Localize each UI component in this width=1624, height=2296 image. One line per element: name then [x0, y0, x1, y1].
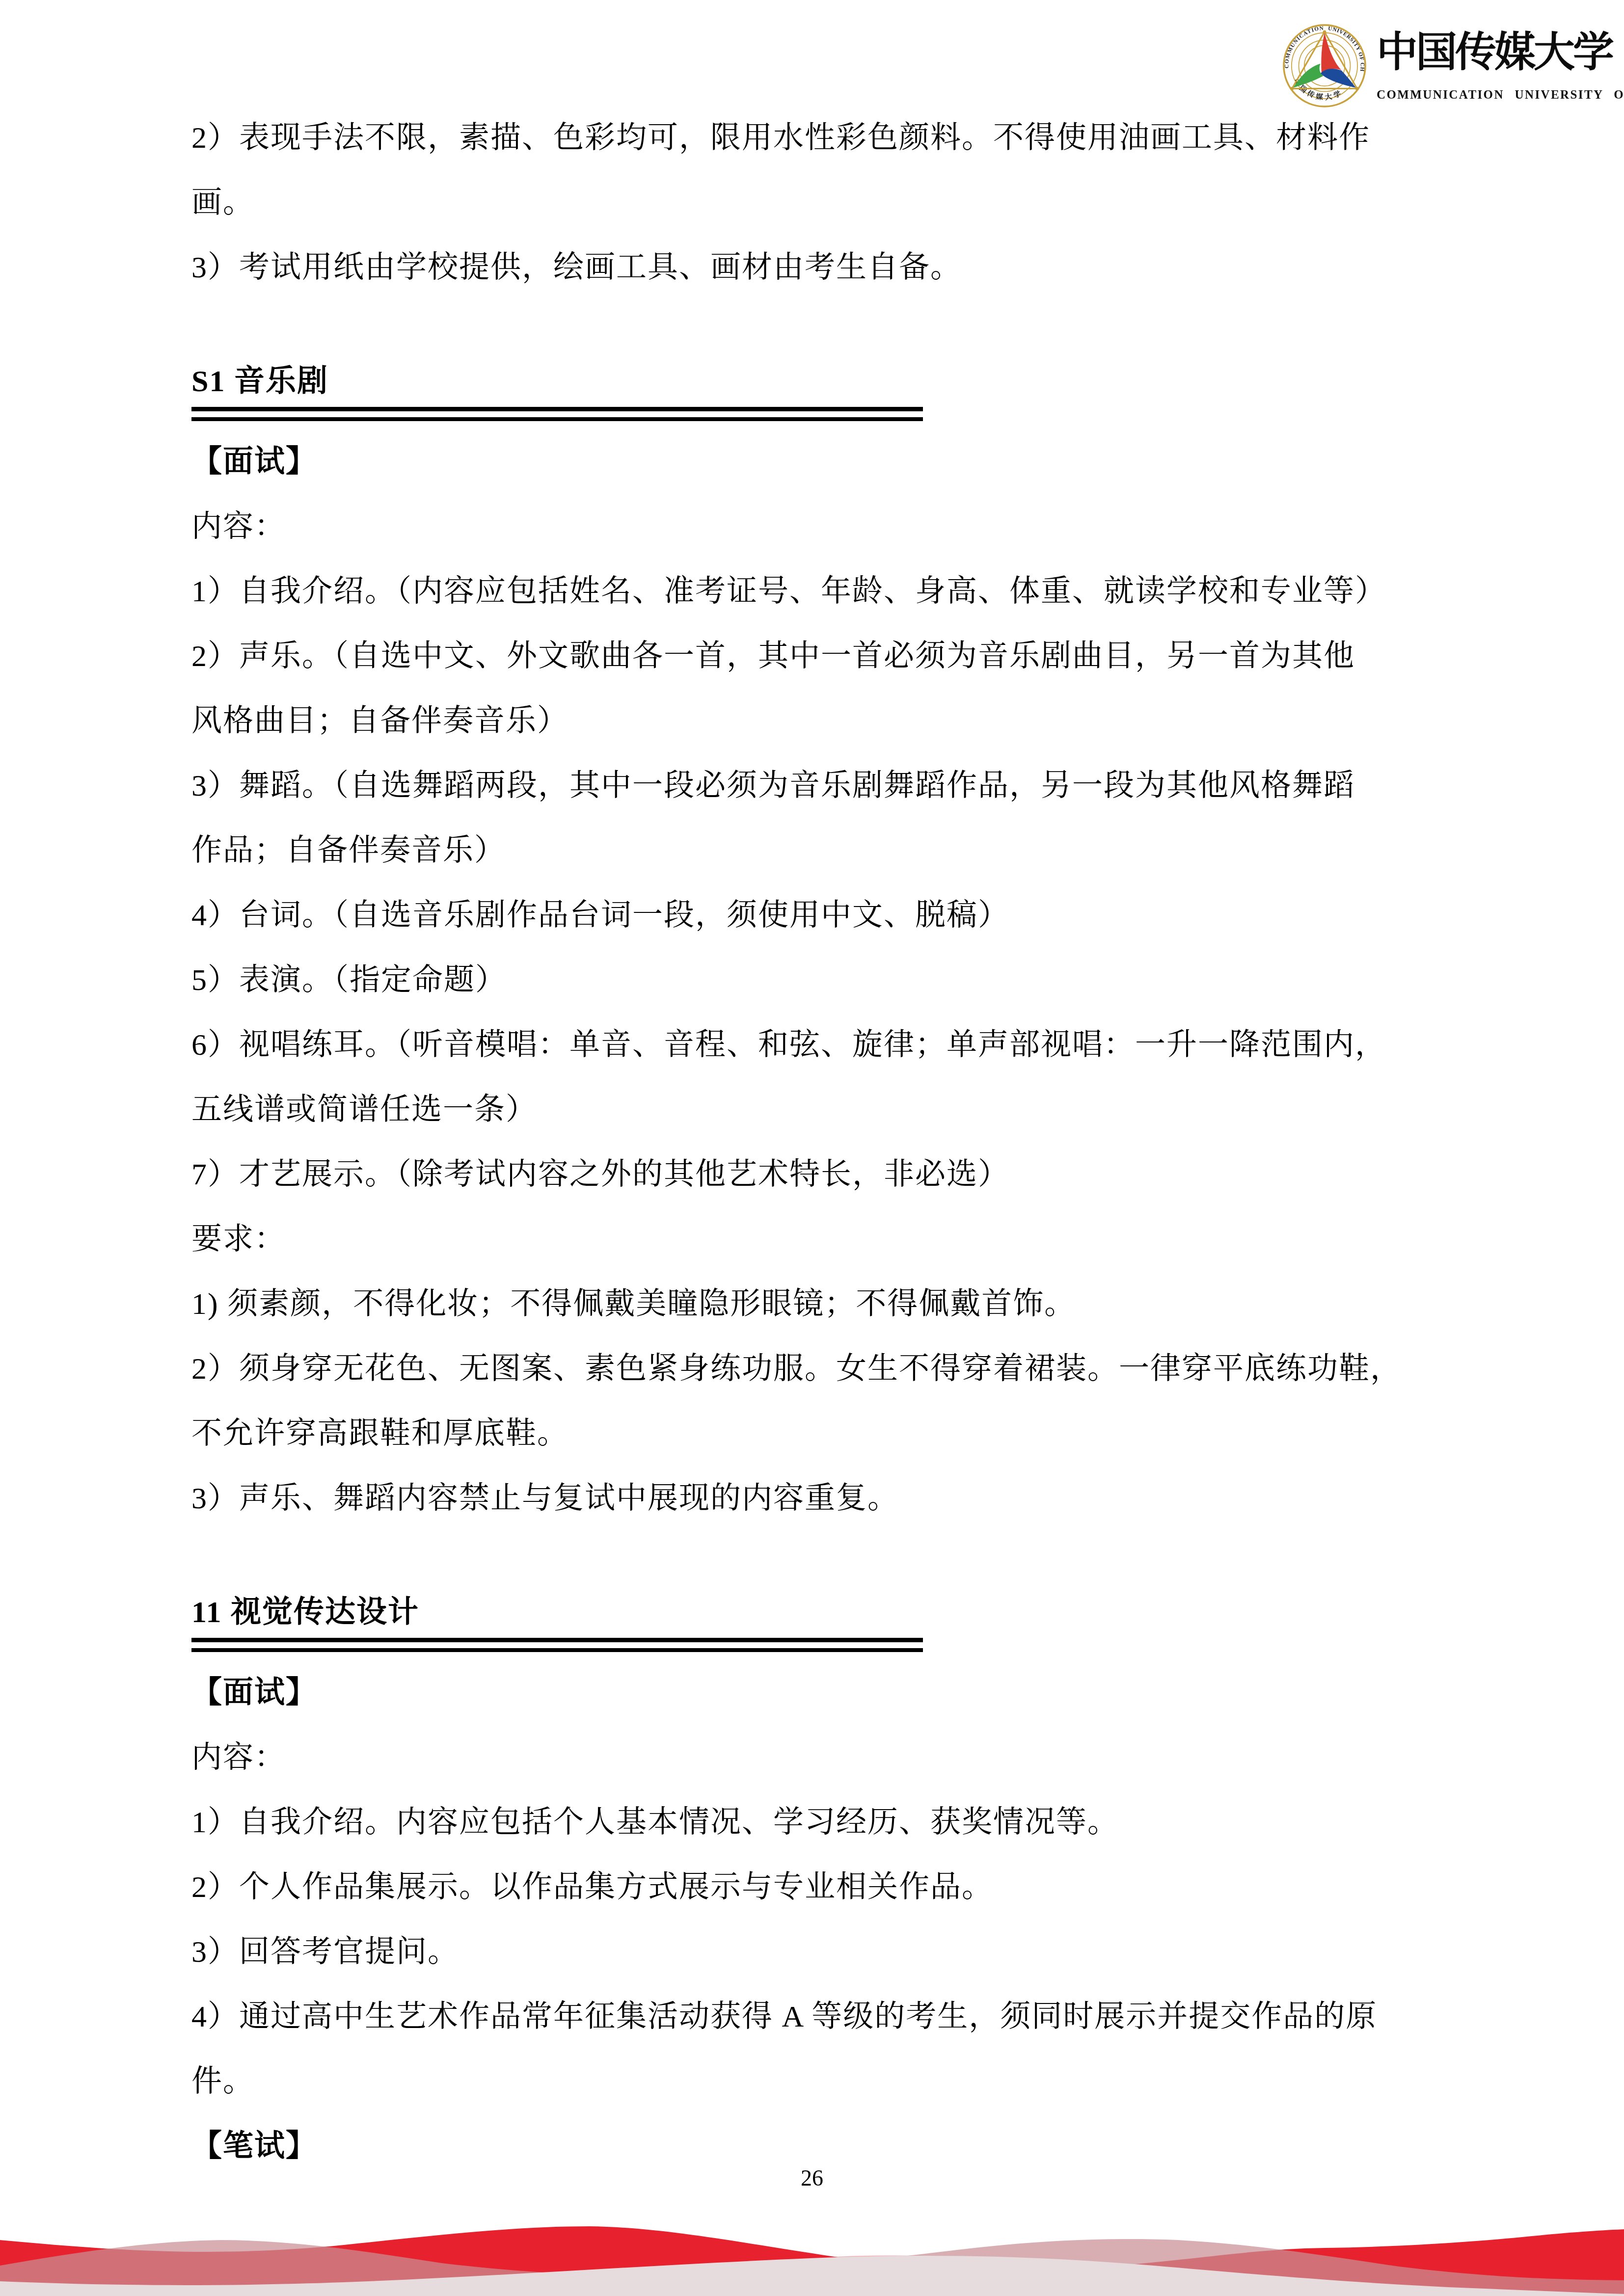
list-item: 1）自我介绍。（内容应包括姓名、准考证号、年龄、身高、体重、就读学校和专业等）: [191, 559, 1438, 624]
list-item: 2）个人作品集展示。以作品集方式展示与专业相关作品。: [191, 1855, 1438, 1920]
university-logo: COMMUNICATION UNIVERSITY OF CHINA 中国传媒大学…: [1282, 20, 1606, 113]
list-item: 1）自我介绍。内容应包括个人基本情况、学习经历、获奖情况等。: [191, 1790, 1438, 1855]
requirement-item: 不允许穿高跟鞋和厚底鞋。: [191, 1401, 1438, 1466]
section-heading-s1: S1 音乐剧: [191, 349, 1438, 414]
intro-line: 画。: [191, 170, 1438, 235]
list-item: 件。: [191, 2049, 1438, 2114]
interview-label: 【面试】: [191, 429, 1438, 494]
list-item: 3）舞蹈。（自选舞蹈两段，其中一段必须为音乐剧舞蹈作品，另一段为其他风格舞蹈: [191, 753, 1438, 818]
requirement-item: 1) 须素颜，不得化妆；不得佩戴美瞳隐形眼镜；不得佩戴首饰。: [191, 1272, 1438, 1336]
page-number: 26: [0, 2163, 1624, 2193]
list-item: 5）表演。（指定命题）: [191, 948, 1438, 1013]
requirements-label: 要求：: [191, 1207, 1438, 1272]
list-item: 五线谱或简谱任选一条）: [191, 1077, 1438, 1142]
section-s1-musical-theatre: S1 音乐剧 【面试】 内容： 1）自我介绍。（内容应包括姓名、准考证号、年龄、…: [191, 349, 1438, 1531]
university-emblem-icon: COMMUNICATION UNIVERSITY OF CHINA 中国传媒大学: [1282, 24, 1367, 108]
content-label: 内容：: [191, 1725, 1438, 1790]
intro-line: 2）表现手法不限，素描、色彩均可，限用水性彩色颜料。不得使用油画工具、材料作: [191, 106, 1438, 170]
university-name-chinese: 中国传媒大学: [1377, 22, 1602, 84]
intro-line: 3）考试用纸由学校提供，绘画工具、画材由考生自备。: [191, 235, 1438, 300]
list-item: 7）才艺展示。（除考试内容之外的其他艺术特长，非必选）: [191, 1142, 1438, 1207]
content-label: 内容：: [191, 494, 1438, 559]
document-body: 2）表现手法不限，素描、色彩均可，限用水性彩色颜料。不得使用油画工具、材料作 画…: [191, 106, 1438, 2179]
list-item: 2）声乐。（自选中文、外文歌曲各一首，其中一首必须为音乐剧曲目，另一首为其他: [191, 624, 1438, 689]
list-item: 3）回答考官提问。: [191, 1920, 1438, 1984]
list-item: 4）台词。（自选音乐剧作品台词一段，须使用中文、脱稿）: [191, 883, 1438, 948]
list-item: 6）视唱练耳。（听音模唱：单音、音程、和弦、旋律；单声部视唱：一升一降范围内，: [191, 1013, 1438, 1077]
university-name-english: COMMUNICATION UNIVERSITY OF CHINA: [1377, 88, 1607, 102]
list-item: 4）通过高中生艺术作品常年征集活动获得 A 等级的考生，须同时展示并提交作品的原: [191, 1984, 1438, 2049]
document-page: { "page": { "number": "26" }, "logo": { …: [0, 0, 1624, 2296]
footer-wave-decoration: [0, 2208, 1624, 2296]
requirement-item: 3）声乐、舞蹈内容禁止与复试中展现的内容重复。: [191, 1466, 1438, 1531]
list-item: 作品；自备伴奏音乐）: [191, 818, 1438, 883]
section-heading-11: 11 视觉传达设计: [191, 1580, 1438, 1645]
list-item: 风格曲目；自备伴奏音乐）: [191, 689, 1438, 753]
section-11-visual-communication-design: 11 视觉传达设计 【面试】 内容： 1）自我介绍。内容应包括个人基本情况、学习…: [191, 1580, 1438, 2179]
requirement-item: 2）须身穿无花色、无图案、素色紧身练功服。女生不得穿着裙装。一律穿平底练功鞋，: [191, 1336, 1438, 1401]
interview-label: 【面试】: [191, 1660, 1438, 1725]
